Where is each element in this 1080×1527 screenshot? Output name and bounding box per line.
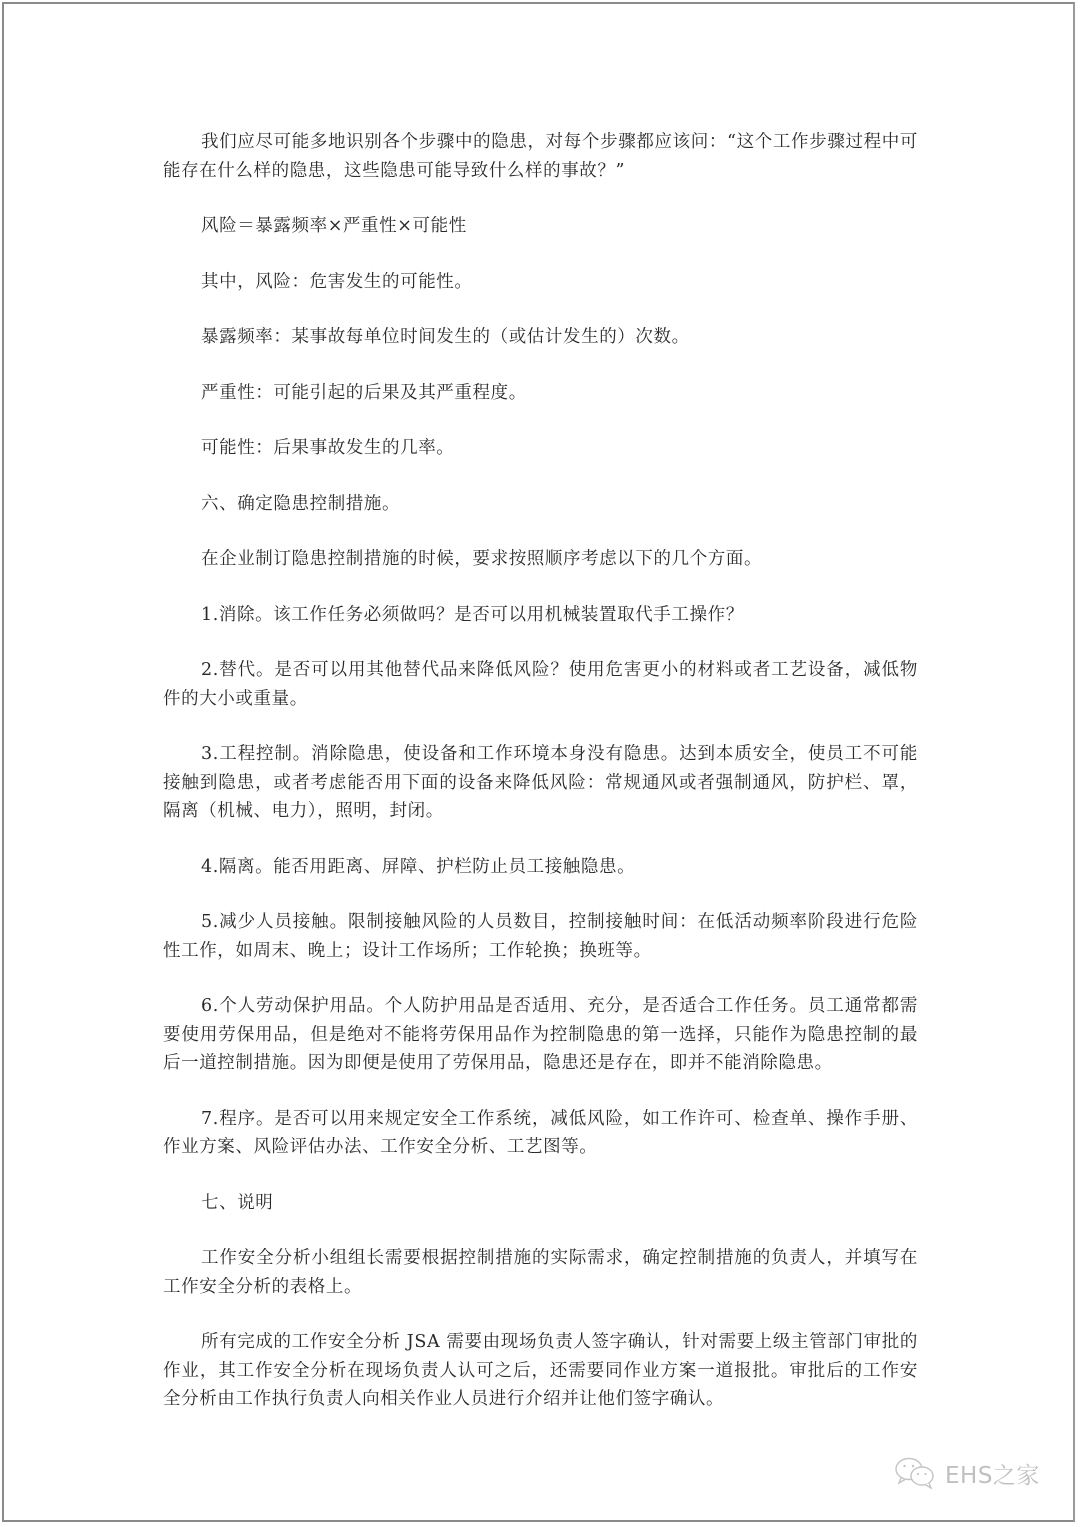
list-item-7-procedure: 7.程序。是否可以用来规定安全工作系统，减低风险，如工作许可、检查单、操作手册、… bbox=[163, 1105, 918, 1162]
paragraph-control-intro: 在企业制订隐患控制措施的时候，要求按照顺序考虑以下的几个方面。 bbox=[163, 545, 918, 574]
list-item-6-ppe: 6.个人劳动保护用品。个人防护用品是否适用、充分，是否适合工作任务。员工通常都需… bbox=[163, 992, 918, 1078]
paragraph-exposure-frequency: 暴露频率：某事故每单位时间发生的（或估计发生的）次数。 bbox=[163, 323, 918, 352]
paragraph-jsa-approval: 所有完成的工作安全分析 JSA 需要由现场负责人签字确认，针对需要上级主管部门审… bbox=[163, 1328, 918, 1414]
list-item-3-engineering-control: 3.工程控制。消除隐患，使设备和工作环境本身没有隐患。达到本质安全，使员工不可能… bbox=[163, 740, 918, 826]
paragraph-probability: 可能性：后果事故发生的几率。 bbox=[163, 434, 918, 463]
wechat-icon bbox=[893, 1455, 939, 1491]
paragraph-severity: 严重性：可能引起的后果及其严重程度。 bbox=[163, 379, 918, 408]
section-heading-7: 七、说明 bbox=[163, 1189, 918, 1218]
paragraph-risk-formula: 风险＝暴露频率×严重性×可能性 bbox=[163, 212, 918, 241]
watermark-text: EHS之家 bbox=[945, 1457, 1040, 1490]
paragraph-risk-definition: 其中，风险：危害发生的可能性。 bbox=[163, 268, 918, 297]
paragraph-team-leader: 工作安全分析小组组长需要根据控制措施的实际需求，确定控制措施的负责人，并填写在工… bbox=[163, 1244, 918, 1301]
list-item-5-reduce-exposure: 5.减少人员接触。限制接触风险的人员数目，控制接触时间：在低活动频率阶段进行危险… bbox=[163, 908, 918, 965]
document-body: 我们应尽可能多地识别各个步骤中的隐患，对每个步骤都应该问：“这个工作步骤过程中可… bbox=[163, 128, 918, 1414]
list-item-1-elimination: 1.消除。该工作任务必须做吗？是否可以用机械装置取代手工操作？ bbox=[163, 601, 918, 630]
paragraph-hazard-question: 我们应尽可能多地识别各个步骤中的隐患，对每个步骤都应该问：“这个工作步骤过程中可… bbox=[163, 128, 918, 185]
watermark: EHS之家 bbox=[893, 1455, 1040, 1491]
list-item-4-isolation: 4.隔离。能否用距离、屏障、护栏防止员工接触隐患。 bbox=[163, 853, 918, 882]
section-heading-6: 六、确定隐患控制措施。 bbox=[163, 490, 918, 519]
list-item-2-substitution: 2.替代。是否可以用其他替代品来降低风险？使用危害更小的材料或者工艺设备，减低物… bbox=[163, 656, 918, 713]
